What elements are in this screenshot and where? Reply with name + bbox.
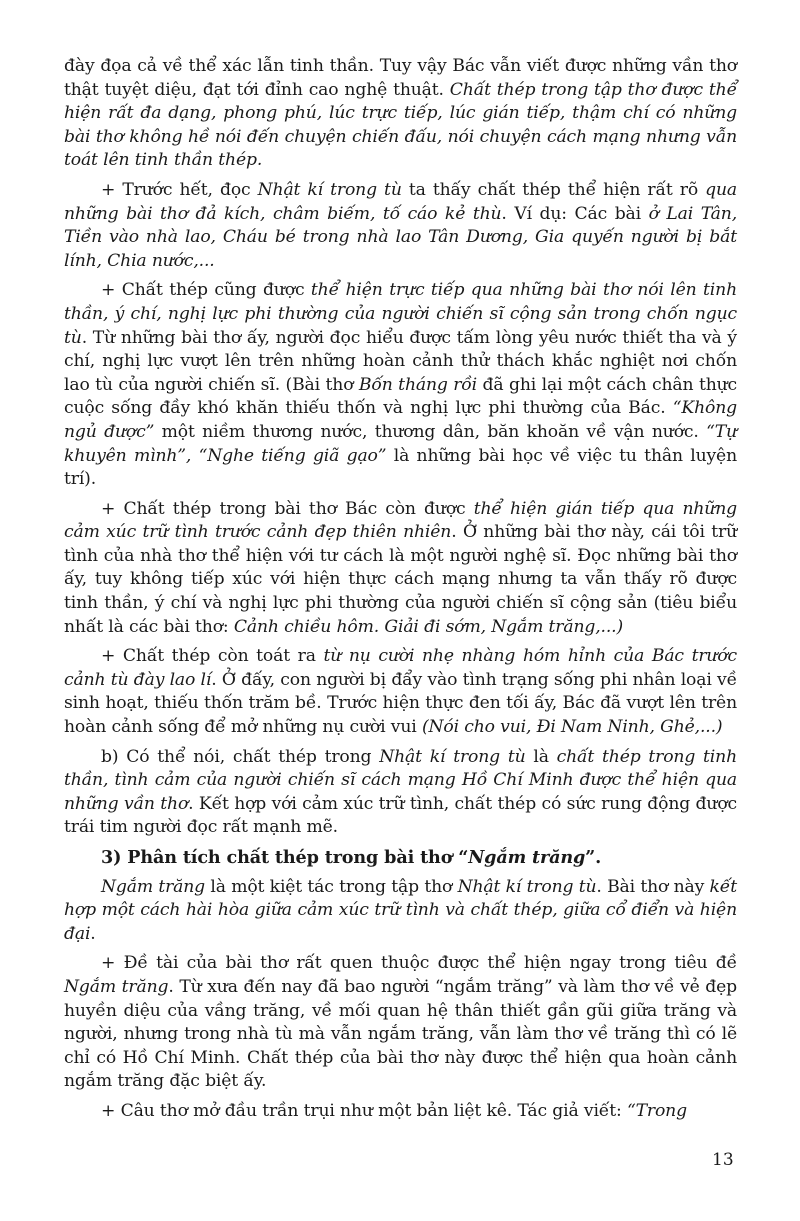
text-run: là bbox=[526, 747, 557, 767]
italic-text: Ngắm trăng bbox=[101, 877, 205, 897]
text-run: . bbox=[90, 924, 95, 944]
italic-text: Nhật kí trong tù bbox=[458, 877, 597, 897]
text-run: ta thấy chất thép thể hiện rất rõ bbox=[402, 180, 705, 200]
text-run: . Ví dụ: Các bài bbox=[501, 204, 648, 224]
text-run: là một kiệt tác trong tập thơ bbox=[205, 877, 458, 897]
text-run: + Chất thép cũng được bbox=[101, 280, 311, 300]
italic-text: Ngắm trăng bbox=[468, 847, 585, 868]
italic-text: “Trong bbox=[627, 1101, 687, 1121]
italic-text: (Nói cho vui, Đi Nam Ninh, Ghẻ,...) bbox=[422, 717, 723, 737]
paragraph: đày đọa cả về thể xác lẫn tinh thần. Tuy… bbox=[64, 55, 737, 173]
text-run: . Bài thơ này bbox=[596, 877, 709, 897]
text-run: + Chất thép còn toát ra bbox=[101, 646, 324, 666]
text-run: một niềm thương nước, thương dân, băn kh… bbox=[154, 422, 706, 442]
text-run: ”. bbox=[585, 847, 601, 868]
paragraph: + Chất thép cũng được thể hiện trực tiếp… bbox=[64, 279, 737, 491]
italic-text: Cảnh chiều hôm. Giải đi sớm, Ngắm trăng,… bbox=[234, 617, 623, 637]
paragraph: + Câu thơ mở đầu trần trụi như một bản l… bbox=[64, 1100, 737, 1124]
italic-text: Nhật kí trong tù bbox=[258, 180, 402, 200]
page-body: đày đọa cả về thể xác lẫn tinh thần. Tuy… bbox=[64, 55, 737, 1130]
text-run: 3) Phân tích chất thép trong bài thơ “ bbox=[101, 847, 468, 868]
italic-text: Bốn tháng rồi bbox=[359, 375, 477, 395]
text-run: + Chất thép trong bài thơ Bác còn được bbox=[101, 499, 474, 519]
paragraph: b) Có thể nói, chất thép trong Nhật kí t… bbox=[64, 746, 737, 840]
section-heading: 3) Phân tích chất thép trong bài thơ “Ng… bbox=[64, 846, 737, 870]
paragraph: + Chất thép còn toát ra từ nụ cười nhẹ n… bbox=[64, 645, 737, 739]
text-run: b) Có thể nói, chất thép trong bbox=[101, 747, 379, 767]
paragraph: Ngắm trăng là một kiệt tác trong tập thơ… bbox=[64, 876, 737, 947]
paragraph: + Chất thép trong bài thơ Bác còn được t… bbox=[64, 498, 737, 640]
italic-text: Ngắm trăng bbox=[64, 977, 168, 997]
text-run: + Đề tài của bài thơ rất quen thuộc được… bbox=[101, 953, 737, 973]
text-run: + Câu thơ mở đầu trần trụi như một bản l… bbox=[101, 1101, 627, 1121]
paragraph: + Đề tài của bài thơ rất quen thuộc được… bbox=[64, 952, 737, 1094]
italic-text: Nhật kí trong tù bbox=[379, 747, 525, 767]
page-number: 13 bbox=[712, 1150, 734, 1170]
paragraph: + Trước hết, đọc Nhật kí trong tù ta thấ… bbox=[64, 179, 737, 273]
text-run: + Trước hết, đọc bbox=[101, 180, 258, 200]
